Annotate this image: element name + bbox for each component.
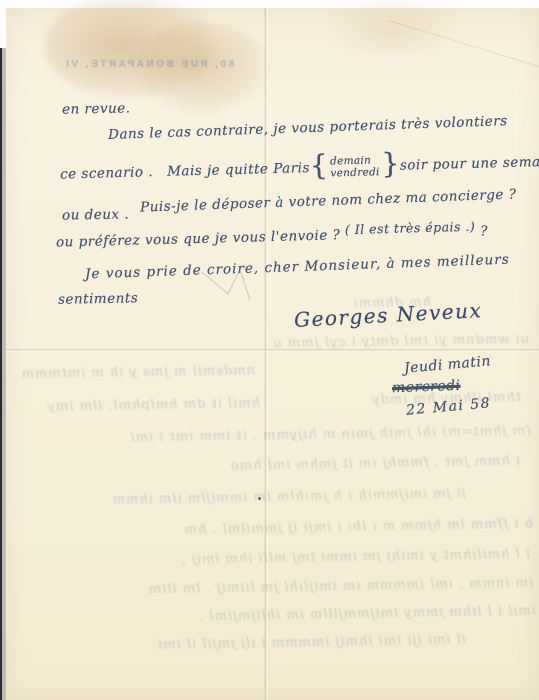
vertical-fold-crease: [264, 8, 268, 700]
ghost-showthrough-line: i hmm jmt . fmmhj im it jmhm iml hmo: [20, 454, 520, 478]
brace-close: }: [381, 150, 400, 178]
letter-closing-word: sentiments: [58, 290, 138, 307]
ghost-showthrough-line: b i ffmm lm hjmm m i lbi i imji ij jmmil…: [18, 517, 533, 541]
letter-body-line-1: Dans le cas contraire, je vous porterais…: [108, 113, 508, 143]
letter-body-line-3a: ou deux .: [62, 206, 129, 223]
letter-closing-line: Je vous prie de croire, cher Monsieur, à…: [85, 252, 510, 283]
line2-mid: Mais je quitte Paris: [167, 160, 310, 180]
letter-body-line-2: ce scenario . Mais je quitte Paris { dem…: [60, 147, 539, 188]
letter-body-line-4: ou préférez vous que je vous l'envoie ? …: [56, 223, 488, 250]
stain-blot-right: [322, 0, 462, 60]
horizontal-fold-crease: [6, 349, 539, 352]
date-weekday: Jeudi matin: [403, 353, 491, 377]
letter-page: 80, RUE BONAPARTE, VI en revue. Dans le …: [6, 8, 539, 700]
line2-pre: ce scenario .: [60, 164, 153, 182]
diagonal-crease: [388, 20, 539, 81]
brace-word-bottom: vendredi: [330, 166, 380, 179]
stain-blot-left: [44, 0, 219, 99]
line2-post: soir pour une semaine: [400, 153, 539, 173]
line4-pre: ou préférez vous que je vous l'envoie ?: [56, 227, 341, 250]
ghost-showthrough-line: imil i l lihm jmmy imijmmjlllm im ihlijm…: [16, 603, 536, 627]
ghost-showthrough-line: ji jm imijmmih i h jmihlm im immijlm ilm…: [46, 486, 466, 508]
brace-word-stack: demain vendredi: [328, 154, 382, 179]
ghost-showthrough-line: (m jhmt=m) ihl jmih jmin m hijymm . it i…: [16, 424, 531, 448]
ghost-showthrough-line: hmil it dm hmlphml. ilm imy: [20, 396, 260, 415]
ghost-showthrough-line: il imi iji imi ihmij immmm i ilj jmjil i…: [36, 632, 466, 655]
ghost-showthrough-line: hm dhmmi: [301, 295, 431, 312]
pencil-check-mark: [198, 266, 258, 308]
line4-inserted-parenthetical: ( Il est très épais .): [345, 219, 476, 237]
line4-post: ?: [480, 223, 488, 239]
paper-tint-top: [6, 8, 539, 103]
ghost-showthrough-line: im inmm , iml immmm im imijlihl jm liimi…: [18, 576, 533, 600]
letterhead-showthrough: 80, RUE BONAPARTE, VI: [58, 59, 240, 70]
letter-opening-fragment: en revue.: [62, 100, 131, 117]
brace-open: {: [310, 152, 329, 180]
ghost-showthrough-line: i l hmilihmt y imihj jm immi lmj mlli ih…: [20, 547, 530, 571]
letter-body-line-3b: Puis-je le déposer à votre nom chez ma c…: [140, 186, 517, 215]
ghost-showthrough-line: nmdsmil m jms y ih m imtmmm im: [20, 363, 255, 382]
